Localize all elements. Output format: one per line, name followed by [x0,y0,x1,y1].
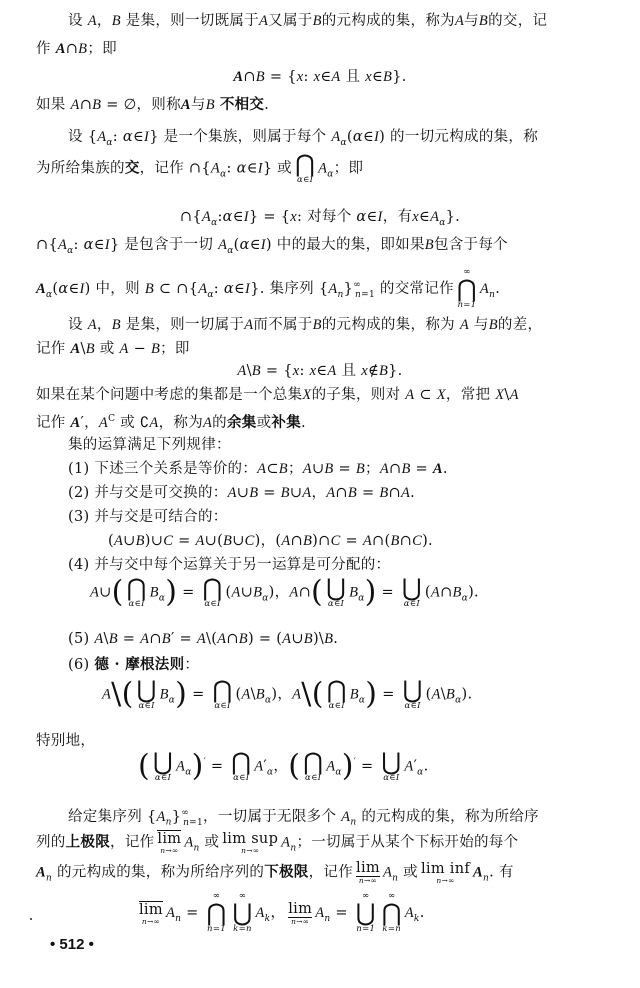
text-line-difference-notation: 记作 A\B 或 A − B；即 [36,340,190,358]
scan-speck [30,918,32,920]
text-line-laws-intro: 集的运算满足下列规律： [68,436,231,454]
text-line-disjoint: 如果 A∩B = ∅，则称A与B 不相交. [36,96,269,114]
text-line-in-particular: 特别地， [36,732,95,750]
law-2-commutative: (2) 并与交是可交换的：A∪B = B∪A，A∩B = B∩A. [68,484,415,502]
text-line-sequence-intersection: Aα(α∈I) 中，则 B ⊂ ∩{Aα: α∈I}. 集序列 {An}∞n=1… [36,268,500,310]
law-6-equation: A\(⋃α∈IBα) = ⋂α∈I(A\Bα)，A\(⋂α∈IBα) = ⋃α∈… [102,678,472,711]
equation-difference: A\B = {x: x∈A 且 x∉B}. [0,362,640,380]
text-line-liminf-def: An 的元构成的集，称为所给序列的下极限，记作limn→∞An 或lim inf… [36,860,514,887]
text-line-limsup-def: 列的上极限，记作limn→∞An 或lim supn→∞An；一切属于从某个下标… [36,830,518,857]
law-4-distributive: (4) 并与交中每个运算关于另一运算是可分配的： [68,556,390,574]
law-3-equation: (A∪B)∪C = A∪(B∪C)，(A∩B)∩C = A∩(B∩C). [108,532,433,550]
text-line-notation: 作 A∩B；即 [36,40,117,58]
page-number: • 512 • [50,936,94,953]
text-line-complement-def: 记作 A′，AC 或 ∁A，称为A的余集或补集. [36,410,306,432]
law-1-equivalence: (1) 下述三个关系是等价的：A⊂B；A∪B = B；A∩B = A. [68,460,448,478]
law-6-de-morgan: (6) 德 · 摩根法则： [68,656,199,674]
text-line-difference-def: 设 A，B 是集，则一切属于A而不属于B的元构成的集，称为 A 与B的差， [68,316,542,334]
text-line-family-def: 设 {Aα: α∈I} 是一个集族，则属于每个 Aα(α∈I) 的一切元构成的集… [68,128,538,152]
equation-intersection: A∩B = {x: x∈A 且 x∈B}. [0,68,640,86]
text-line-intersection-def: 设 A，B 是集，则一切既属于A又属于B的元构成的集，称为A与B的交，记 [68,12,547,30]
law-4-equation: A∪(⋂α∈IBα) = ⋂α∈I(A∪Bα)，A∩(⋃α∈IBα) = ⋃α∈… [90,576,479,609]
law-5-difference: (5) A\B = A∩B′ = A\(A∩B) = (A∪B)\B. [68,630,338,648]
equation-limits: limn→∞An = ∞⋂n=1∞⋃k=nAk，limn→∞An = ∞⋃n=1… [136,892,425,934]
text-line-sequence-given: 给定集序列 {An}∞n=1，一切属于无限多个 An 的元构成的集，称为所给序 [68,804,539,832]
law-3-associative: (3) 并与交是可结合的： [68,508,228,526]
text-line-family-notation: 为所给集族的交，记作 ∩{Aα: α∈I} 或⋂α∈IAα；即 [36,152,363,185]
text-line-complement-context: 如果在某个问题中考虑的集都是一个总集X的子集，则对 A ⊂ X，常把 X\A [36,386,519,404]
equation-complement-de-morgan: (⋃α∈IAα)′ = ⋂α∈IA′α，(⋂α∈IAα)′ = ⋃α∈IA′α. [138,750,428,783]
text-line-largest-set: ∩{Aα: α∈I} 是包含于一切 Aα(α∈I) 中的最大的集，即如果B包含于… [36,236,508,260]
equation-family-intersection: ∩{Aα:α∈I} = {x: 对每个 α∈I，有x∈Aα}. [0,208,640,232]
